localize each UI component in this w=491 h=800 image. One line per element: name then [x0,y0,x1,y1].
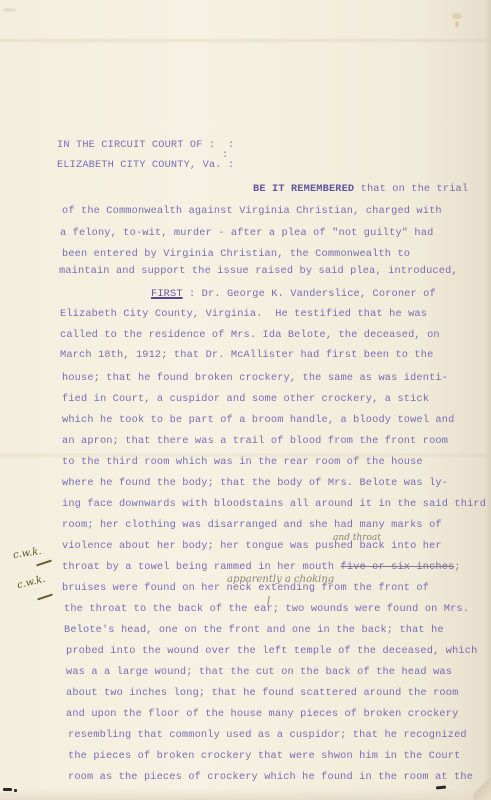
bottom-left-mark [3,788,12,791]
handwritten-insert-choking: apparently a choking [227,574,334,585]
body-line: March 18th, 1912; that Dr. McAllister ha… [60,349,433,361]
body-line: and upon the floor of the house many pie… [66,708,458,720]
body-line: violence about her body; her tongue was … [62,540,442,552]
body-line: an apron; that there was a trail of bloo… [62,435,448,447]
body-line: to the third room which was in the rear … [62,456,423,468]
struck-text: five or six inches [340,561,454,573]
edited-line: throat by a towel being rammed in her mo… [62,561,461,573]
bottom-left-mark [14,789,17,792]
body-line: Elizabeth City County, Virginia. He test… [60,308,427,320]
body-line: where he found the body; that the body o… [62,477,448,489]
caption-line-1: IN THE CIRCUIT COURT OF : : [57,139,234,151]
body-line: which he took to be part of a broom hand… [62,414,454,426]
body-line: resembling that commonly used as a cuspi… [68,729,467,741]
opening-text: that on the trial [354,183,468,195]
caption-line-2: ELIZABETH CITY COUNTY, Va. : [57,159,234,171]
body-line: a felony, to-wit, murder - after a plea … [60,227,433,239]
edited-line-end: ; [454,561,460,573]
be-it-remembered: BE IT REMEMBERED [253,183,354,195]
body-line: probed into the wound over the left temp… [66,645,477,657]
body-line: room; her clothing was disarranged and s… [62,519,442,531]
first-heading: FIRST [151,288,183,300]
edited-line-text: throat by a towel being rammed in her mo… [62,561,340,573]
body-line: been entered by Virginia Christian, the … [62,248,410,260]
body-line: house; that he found broken crockery, th… [62,372,448,384]
body-line: was a a large wound; that the cut on the… [66,666,452,678]
body-line: of the Commonwealth against Virginia Chr… [62,205,442,217]
body-line: Belote's head, one on the front and one … [64,624,444,636]
first-witness-text: : Dr. George K. Vanderslice, Coroner of [183,288,436,300]
first-witness-line: FIRST : Dr. George K. Vanderslice, Coron… [151,288,436,300]
handwritten-insert-and-throat: and throat [333,533,381,543]
body-line: fied in Court, a cuspidor and some other… [62,393,429,405]
opening-line: BE IT REMEMBERED that on the trial [253,183,468,195]
body-line: the pieces of broken crockery that were … [68,750,460,762]
document-page: IN THE CIRCUIT COURT OF : : : ELIZABETH … [0,0,491,800]
body-line: called to the residence of Mrs. Ida Belo… [60,329,440,341]
body-line: room as the pieces of crockery which he … [68,771,473,783]
body-line: ing face downwards with bloodstains all … [62,498,486,510]
body-line: maintain and support the issue raised by… [59,265,458,277]
typed-text-body: IN THE CIRCUIT COURT OF : : : ELIZABETH … [0,0,491,800]
body-line: about two inches long; that he found sca… [66,687,458,699]
